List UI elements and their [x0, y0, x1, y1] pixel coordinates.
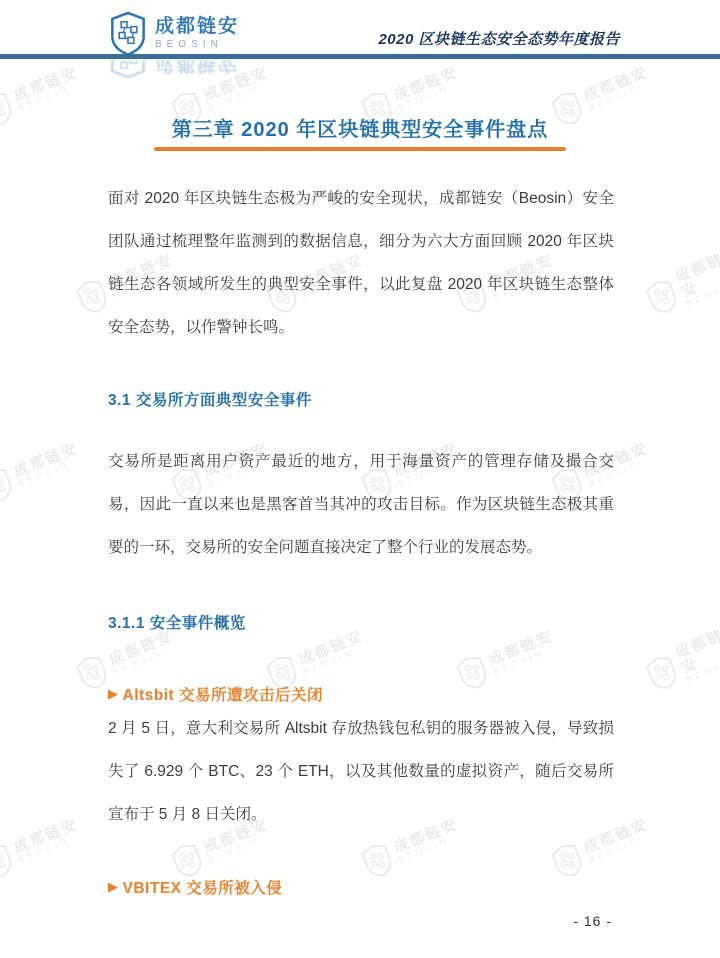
beosin-logo: 成都链安 BEOSIN: [108, 11, 239, 56]
page-content: 成都链安 BEOSIN 成都链安 BEOSIN 2020 区块链生态安全态势年度…: [0, 0, 720, 958]
event-vbitex-title: VBITEX 交易所被入侵: [123, 876, 283, 898]
section-3-1-1-heading: 3.1.1 安全事件概览: [108, 611, 246, 633]
logo-reflection-text: 成都链安 BEOSIN: [155, 60, 239, 73]
intro-paragraph: 面对 2020 年区块链生态极为严峻的安全现状，成都链安（Beosin）安全团队…: [108, 177, 614, 349]
header-rule: [0, 54, 720, 59]
logo-name-zh: 成都链安: [155, 17, 239, 38]
chapter-title: 第三章 2020 年区块链典型安全事件盘点: [0, 113, 720, 142]
triangle-bullet-icon: ▶: [108, 879, 119, 895]
logo-reflection-zh: 成都链安: [155, 60, 239, 73]
chapter-title-underline: [154, 147, 566, 151]
beosin-shield-icon: [108, 11, 148, 56]
page-number: - 16 -: [573, 913, 612, 929]
event-altsbit-title: Altsbit 交易所遭攻击后关闭: [123, 683, 324, 705]
section-3-1-paragraph: 交易所是距离用户资产最近的地方，用于海量资产的管理存储及撮合交易，因此一直以来也…: [108, 440, 614, 569]
event-altsbit-heading: ▶ Altsbit 交易所遭攻击后关闭: [108, 683, 323, 705]
beosin-logo-text: 成都链安 BEOSIN: [155, 17, 239, 51]
beosin-shield-icon-reflection: [108, 60, 148, 79]
triangle-bullet-icon: ▶: [108, 686, 119, 702]
event-altsbit-body: 2 月 5 日，意大利交易所 Altsbit 存放热钱包私钥的服务器被入侵，导致…: [108, 707, 614, 836]
report-page: 成都链安BEOSIN 成都链安BEOSIN 成都链安BEOSIN 成都链安BEO…: [0, 0, 720, 958]
logo-reflection: 成都链安 BEOSIN: [108, 60, 288, 79]
logo-name-en: BEOSIN: [155, 39, 239, 50]
section-3-1-heading: 3.1 交易所方面典型安全事件: [108, 388, 312, 410]
report-title: 2020 区块链生态安全态势年度报告: [378, 28, 620, 49]
event-vbitex-heading: ▶ VBITEX 交易所被入侵: [108, 876, 282, 898]
